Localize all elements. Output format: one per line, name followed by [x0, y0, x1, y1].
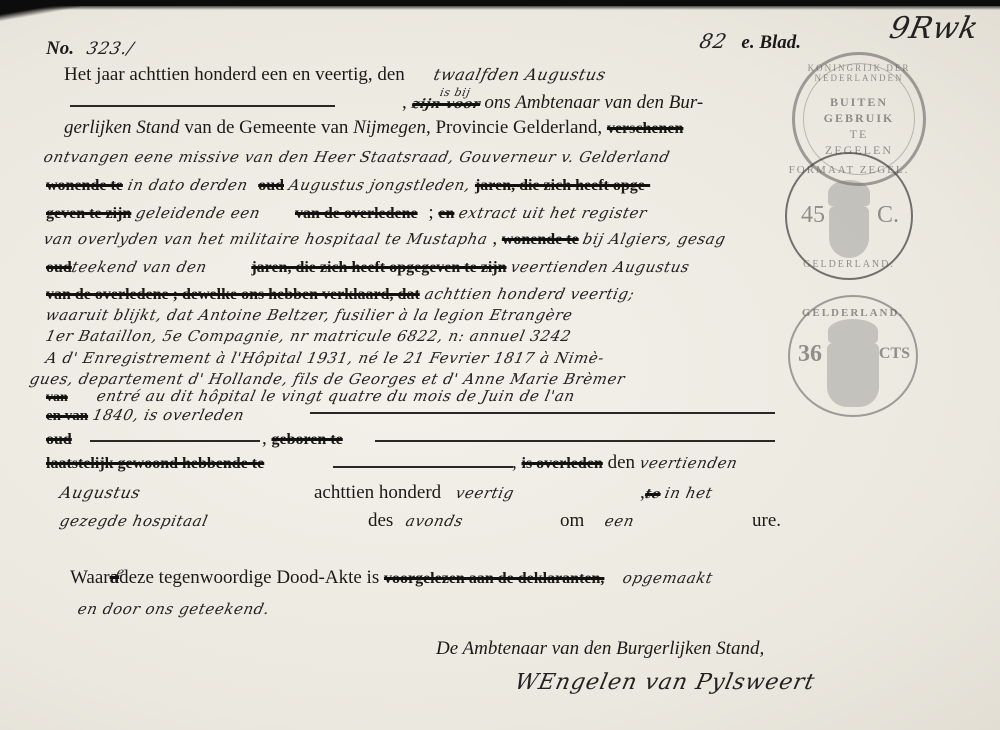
- stamp-text: BUITEN: [795, 95, 923, 110]
- handwritten-text: waaruit blijkt, dat Antoine Beltzer, fus…: [44, 304, 575, 326]
- handwritten-text: avonds: [404, 510, 466, 532]
- signature: WEngelen van Pylsweert: [515, 672, 815, 695]
- printed-text: ,: [512, 452, 517, 473]
- stamp-value: 45: [801, 202, 825, 229]
- handwritten-text: veertig: [454, 482, 517, 504]
- corner-annotation: 9Rwk: [890, 18, 978, 44]
- struck-text: oud: [258, 177, 284, 194]
- record-number: No. 323./: [46, 38, 133, 60]
- line-9: van de overledene ; dewelke ons hebben v…: [46, 283, 634, 306]
- blad-number: 82: [698, 30, 729, 52]
- line-16: oud: [46, 428, 72, 451]
- struck-text: van de overledene ; dewelke ons hebben v…: [46, 286, 420, 303]
- handwritten-text: Augustus: [58, 482, 143, 504]
- handwritten-text: teekend van den: [69, 256, 208, 278]
- struck-text: zijn voor: [409, 94, 482, 116]
- printed-text: Stand: [136, 117, 179, 138]
- signature-text: WEngelen van Pylsweert: [513, 672, 817, 694]
- blank-rule: [90, 440, 260, 442]
- handwritten-text: een: [603, 510, 637, 532]
- struck-text: verschenen: [607, 120, 683, 137]
- line-7: van overlyden van het militaire hospitaa…: [44, 228, 726, 251]
- printed-text: om: [560, 510, 584, 531]
- printed-text: Waar: [70, 567, 110, 588]
- struck-text: oud: [46, 259, 72, 276]
- document-page: No. 323./ 82 e. Blad. 9Rwk Het jaar acht…: [0, 0, 1000, 730]
- stamp-text: TE: [795, 127, 923, 142]
- struck-text: voorgelezen aan de deklaranten,: [384, 570, 604, 587]
- line-2: , zijn voor ons Ambtenaar van den Bur-: [402, 92, 703, 116]
- struck-text: en van: [46, 408, 88, 424]
- handwritten-text: ontvangen eene missive van den Heer Staa…: [42, 146, 672, 168]
- printed-text: deze tegenwoordige Dood-Akte is: [119, 567, 379, 588]
- printed-text: van de Gemeente van: [184, 117, 348, 138]
- line-6: geven te zijn geleidende een van de over…: [46, 202, 647, 225]
- stamp-value: 36: [798, 341, 822, 368]
- handwritten-text: Augustus jongstleden,: [286, 174, 472, 196]
- handwritten-text: 1er Bataillon, 5e Compagnie, nr matricul…: [44, 325, 574, 347]
- struck-text: van de overledene: [295, 205, 418, 222]
- blank-rule: [375, 440, 775, 442]
- official-title: De Ambtenaar van den Burgerlijken Stand,: [436, 638, 764, 660]
- struck-text: wonende te: [502, 231, 579, 248]
- struck-text: van: [46, 390, 68, 405]
- number-label: No.: [46, 38, 74, 59]
- handwritten-text: van overlyden van het militaire hospitaa…: [42, 228, 490, 250]
- struck-text: jaren, die zich heeft opge-: [475, 177, 650, 194]
- stamp-text: GEBRUIK: [795, 111, 923, 126]
- line-3: gerlijken Stand van de Gemeente van Nijm…: [64, 117, 683, 140]
- stamp-ring-text: GELDERLAND.: [790, 307, 916, 319]
- struck-text: geven te zijn: [46, 205, 131, 222]
- blank-rule: [310, 412, 775, 414]
- number-value: 323./: [84, 38, 135, 60]
- stamp-ring-text: FORMAAT ZEGEL.: [787, 164, 911, 176]
- struck-text: wonende te: [46, 177, 123, 194]
- handwritten-text: veertienden: [637, 452, 739, 474]
- handwritten-text: geleidende een: [134, 202, 263, 224]
- line-18c: ,te in het: [640, 482, 712, 506]
- handwritten-text: achttien honderd veertig;: [422, 283, 636, 305]
- printed-text: gerlijken: [64, 117, 132, 138]
- handwritten-text: in het: [663, 482, 715, 504]
- line-17: laatstelijk gewoond hebbende te: [46, 452, 264, 475]
- handwritten-text: en door ons geteekend.: [76, 598, 272, 620]
- printed-text: des: [368, 510, 393, 531]
- struck-text: is overleden: [522, 455, 603, 472]
- struck-text: geboren te: [272, 431, 343, 448]
- blad-label: e. Blad.: [741, 32, 801, 53]
- line-20: Waaradeze tegenwoordige Dood-Akte is voo…: [70, 567, 713, 590]
- printed-text: Nijmegen: [353, 117, 426, 138]
- line-21: en door ons geteekend.: [78, 598, 270, 620]
- gelderland-36-stamp: GELDERLAND. 36 CTS: [788, 295, 918, 417]
- formaat-zegel-stamp: FORMAAT ZEGEL. 45 C. GELDERLAND.: [785, 152, 913, 280]
- line-19b: des avonds: [368, 510, 463, 532]
- line-8: oudteekend van den jaren, die zich heeft…: [46, 256, 690, 279]
- struck-text: oud: [46, 431, 72, 448]
- scan-edge: [0, 0, 1000, 10]
- line-18b: achttien honderd veertig: [314, 482, 514, 504]
- line-15: en van 1840, is overleden: [46, 404, 244, 427]
- line-5: wonende te in dato derden oud Augustus j…: [46, 174, 650, 197]
- line-19c: om een: [560, 510, 634, 532]
- handwritten-text: A d' Enregistrement à l'Hôpital 1931, né…: [44, 347, 607, 369]
- blank-rule: [70, 105, 335, 107]
- line-19d: ure.: [752, 510, 781, 532]
- stamp-ring-text: KONINGRIJK DER NEDERLANDEN: [795, 63, 923, 83]
- struck-text: laatstelijk gewoond hebbende te: [46, 455, 264, 472]
- stamp-ring-text: GELDERLAND.: [787, 259, 911, 270]
- stamp-value: C.: [877, 202, 899, 229]
- printed-text: ons Ambtenaar van den Bur-: [484, 92, 703, 113]
- printed-text: Het jaar achttien honderd een en veertig…: [64, 64, 405, 85]
- coat-of-arms-icon: [829, 206, 869, 258]
- stamp-value: CTS: [879, 345, 910, 363]
- handwritten-text: in dato derden: [125, 174, 249, 196]
- handwritten-text: gezegde hospitaal: [58, 510, 210, 532]
- line-4: ontvangen eene missive van den Heer Staa…: [44, 146, 670, 168]
- page-number: 82 e. Blad.: [700, 30, 801, 54]
- handwritten-text: bij Algiers, gesag: [581, 228, 728, 250]
- struck-text: jaren, die zich heeft opgegeven te zijn: [251, 259, 506, 276]
- line-11: 1er Bataillon, 5e Compagnie, nr matricul…: [46, 325, 571, 347]
- line-16b: , geboren te: [262, 428, 343, 451]
- coat-of-arms-icon: [827, 343, 879, 407]
- printed-text: ure.: [752, 510, 781, 531]
- corner-annotation-text: 9Rwk: [888, 18, 981, 40]
- handwritten-text: 1840, is overleden: [91, 404, 247, 426]
- crown-icon: [828, 319, 878, 343]
- handwritten-text: opgemaakt: [621, 567, 715, 589]
- line-1: Het jaar achttien honderd een en veertig…: [64, 64, 605, 86]
- handwritten-text: veertienden Augustus: [509, 256, 692, 278]
- printed-text: den: [608, 452, 635, 473]
- printed-text: achttien honderd: [314, 482, 441, 503]
- struck-text: te: [642, 484, 662, 506]
- crown-icon: [828, 180, 870, 206]
- struck-text: en: [438, 205, 454, 222]
- handwritten-text: extract uit het register: [457, 202, 650, 224]
- line-17b: , is overleden den veertienden: [512, 452, 737, 475]
- official-title-text: De Ambtenaar van den Burgerlijken Stand,: [436, 638, 764, 659]
- line-19: gezegde hospitaal: [60, 510, 208, 532]
- line-10: waaruit blijkt, dat Antoine Beltzer, fus…: [46, 304, 573, 326]
- printed-text: ;: [428, 202, 433, 223]
- printed-text: , Provincie Gelderland,: [426, 117, 602, 138]
- struck-text: a: [110, 567, 120, 588]
- printed-text: ,: [262, 428, 267, 449]
- line-12: A d' Enregistrement à l'Hôpital 1931, né…: [46, 347, 604, 369]
- line-18: Augustus: [60, 482, 140, 504]
- blank-rule: [333, 466, 513, 468]
